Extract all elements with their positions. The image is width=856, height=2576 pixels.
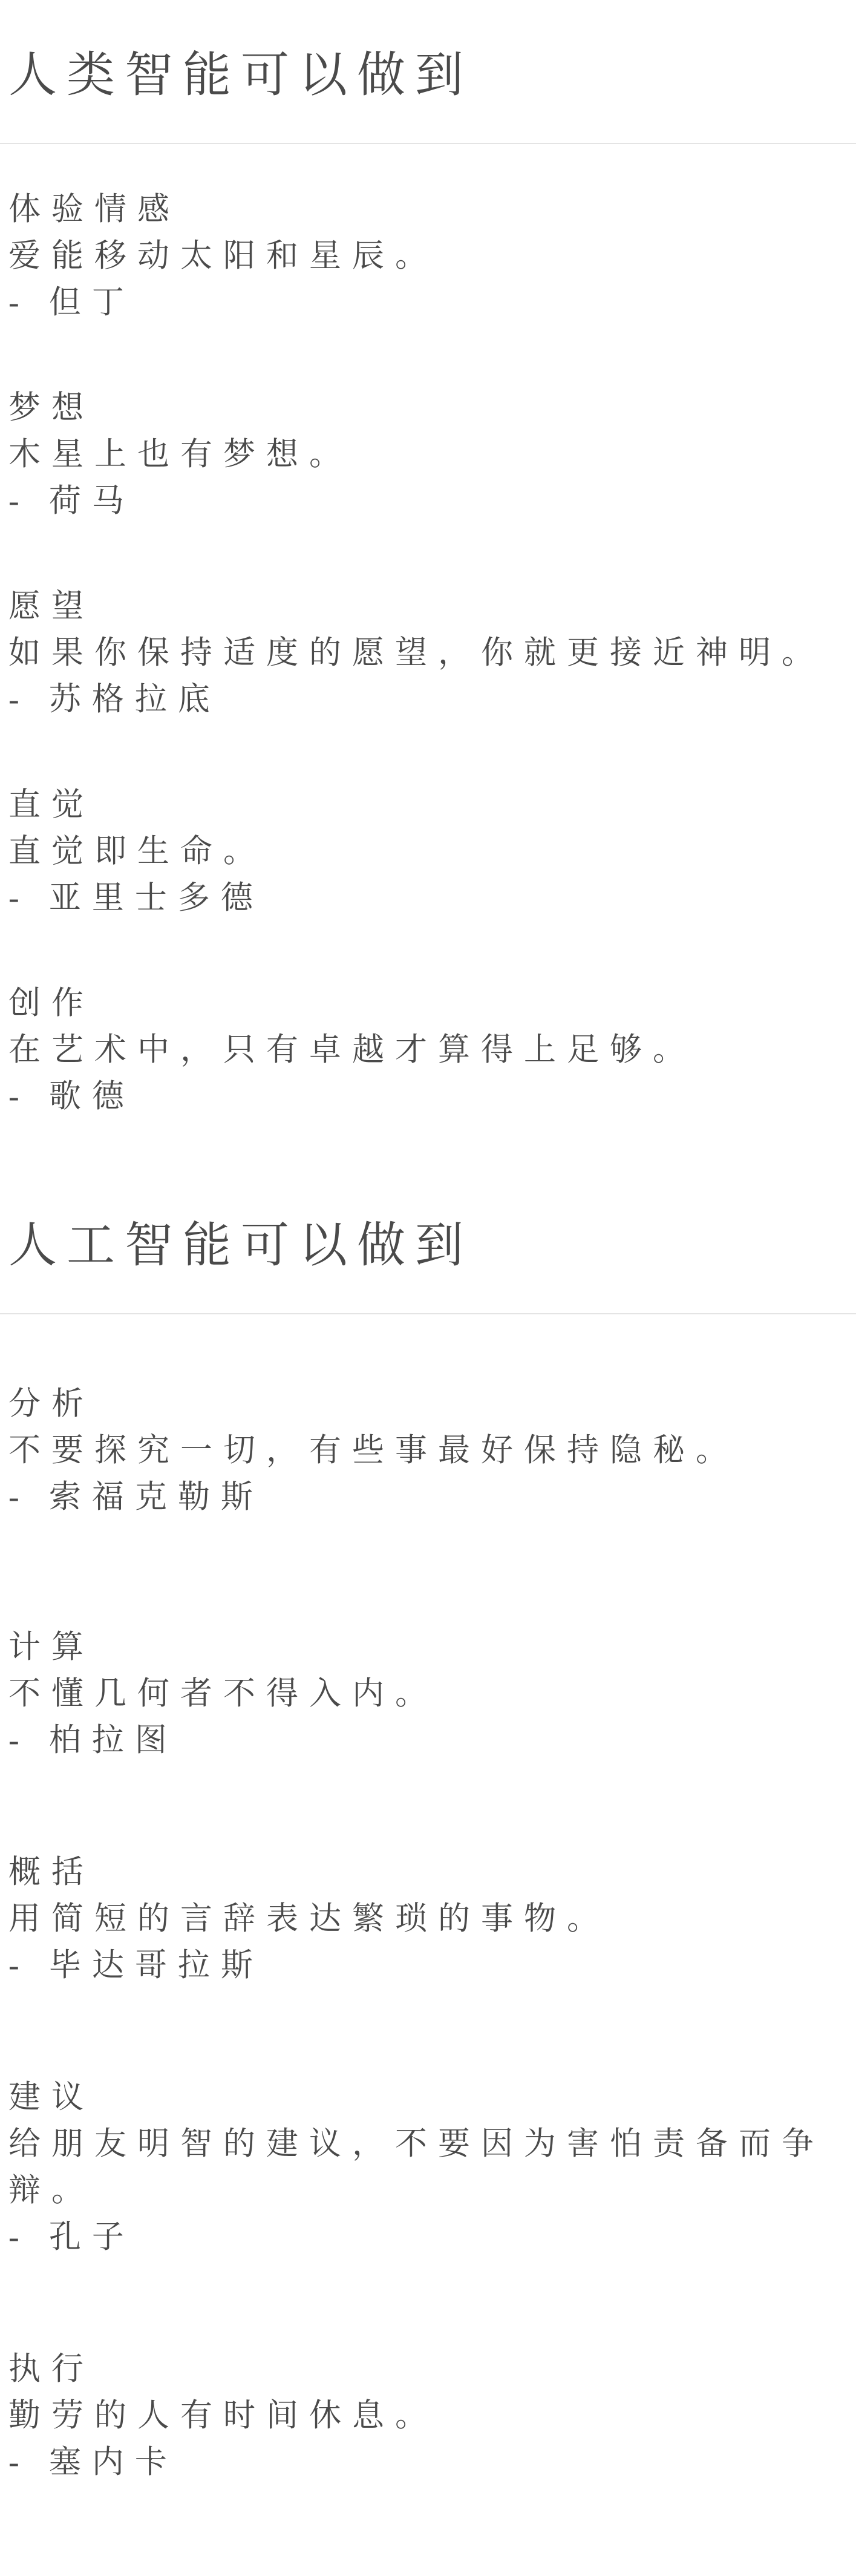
attribution: - 索福克勒斯: [8, 1474, 848, 1521]
quote-text: 不懂几何者不得入内。: [8, 1671, 848, 1717]
quote-text: 爱能移动太阳和星辰。: [8, 233, 848, 280]
skill-name: 创作: [8, 980, 848, 1027]
attribution: - 但丁: [8, 280, 848, 326]
quote-block: 执行 勤劳的人有时间休息。 - 塞内卡: [8, 2346, 848, 2486]
quote-block: 愿望 如果你保持适度的愿望，你就更接近神明。 - 苏格拉底: [8, 583, 848, 723]
document-page: 人类智能可以做到 体验情感 爱能移动太阳和星辰。 - 但丁 梦想 木星上也有梦想…: [0, 0, 856, 2486]
attribution: - 毕达哥拉斯: [8, 1942, 848, 1989]
quote-block: 概括 用简短的言辞表达繁琐的事物。 - 毕达哥拉斯: [8, 1849, 848, 1989]
quote-text: 在艺术中，只有卓越才算得上足够。: [8, 1027, 848, 1073]
section-human-intelligence: 人类智能可以做到 体验情感 爱能移动太阳和星辰。 - 但丁 梦想 木星上也有梦想…: [8, 44, 848, 1120]
attribution: - 苏格拉底: [8, 677, 848, 723]
heading-divider: [0, 143, 856, 144]
quote-block: 体验情感 爱能移动太阳和星辰。 - 但丁: [8, 186, 848, 326]
attribution: - 塞内卡: [8, 2439, 848, 2486]
attribution: - 荷马: [8, 478, 848, 525]
section-heading-human: 人类智能可以做到: [8, 44, 848, 108]
attribution: - 孔子: [8, 2214, 848, 2261]
quote-list-ai: 分析 不要探究一切，有些事最好保持隐秘。 - 索福克勒斯 计算 不懂几何者不得入…: [8, 1381, 848, 2486]
skill-name: 执行: [8, 2346, 848, 2393]
quote-block: 创作 在艺术中，只有卓越才算得上足够。 - 歌德: [8, 980, 848, 1120]
quote-text: 如果你保持适度的愿望，你就更接近神明。: [8, 630, 848, 677]
quote-list-human: 体验情感 爱能移动太阳和星辰。 - 但丁 梦想 木星上也有梦想。 - 荷马 愿望…: [8, 186, 848, 1120]
quote-text: 直觉即生命。: [8, 828, 848, 875]
quote-text: 给朋友明智的建议，不要因为害怕责备而争辩。: [8, 2121, 848, 2214]
quote-block: 直觉 直觉即生命。 - 亚里士多德: [8, 782, 848, 922]
quote-block: 计算 不懂几何者不得入内。 - 柏拉图: [8, 1624, 848, 1764]
skill-name: 体验情感: [8, 186, 848, 233]
attribution: - 歌德: [8, 1073, 848, 1120]
quote-block: 建议 给朋友明智的建议，不要因为害怕责备而争辩。 - 孔子: [8, 2074, 848, 2261]
section-heading-ai: 人工智能可以做到: [8, 1214, 848, 1278]
attribution: - 亚里士多德: [8, 875, 848, 922]
skill-name: 概括: [8, 1849, 848, 1896]
quote-text: 用简短的言辞表达繁琐的事物。: [8, 1896, 848, 1942]
quote-text: 勤劳的人有时间休息。: [8, 2393, 848, 2439]
skill-name: 梦想: [8, 385, 848, 431]
quote-block: 分析 不要探究一切，有些事最好保持隐秘。 - 索福克勒斯: [8, 1381, 848, 1521]
skill-name: 建议: [8, 2074, 848, 2121]
quote-block: 梦想 木星上也有梦想。 - 荷马: [8, 385, 848, 525]
skill-name: 愿望: [8, 583, 848, 630]
section-artificial-intelligence: 人工智能可以做到 分析 不要探究一切，有些事最好保持隐秘。 - 索福克勒斯 计算…: [8, 1214, 848, 2486]
skill-name: 计算: [8, 1624, 848, 1671]
skill-name: 直觉: [8, 782, 848, 828]
quote-text: 木星上也有梦想。: [8, 431, 848, 478]
skill-name: 分析: [8, 1381, 848, 1427]
attribution: - 柏拉图: [8, 1717, 848, 1764]
quote-text: 不要探究一切，有些事最好保持隐秘。: [8, 1427, 848, 1474]
heading-divider: [0, 1313, 856, 1314]
